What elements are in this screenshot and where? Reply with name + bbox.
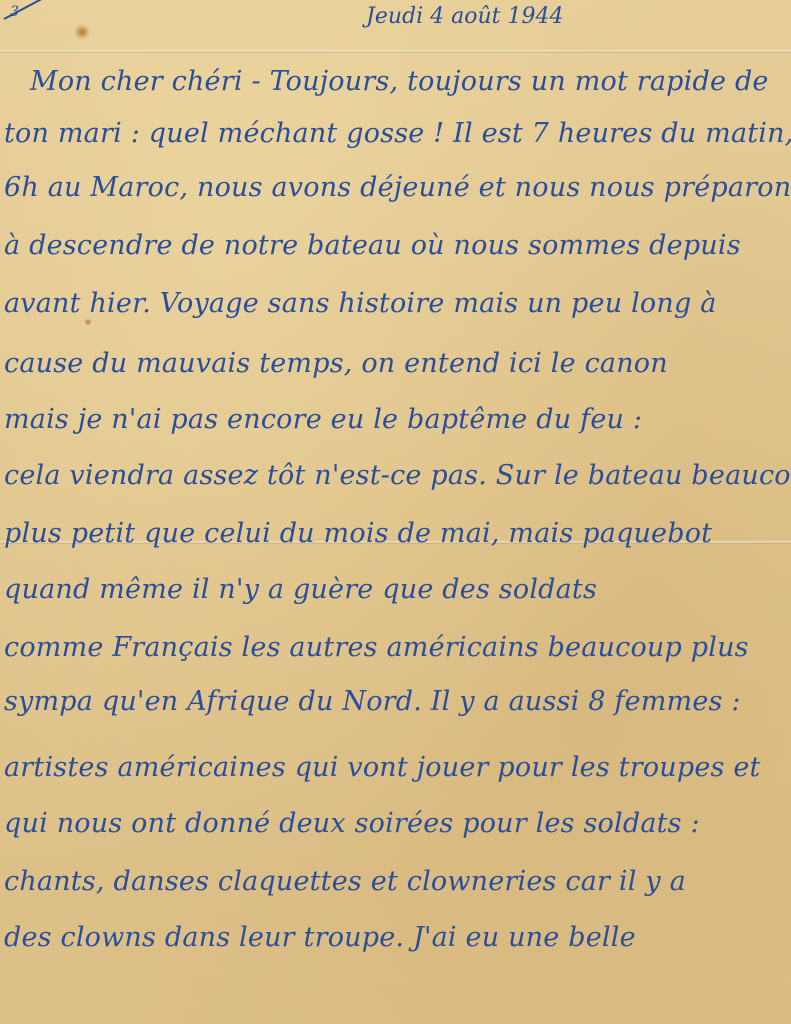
letter-line-6: cause du mauvais temps, on entend ici le…: [4, 348, 668, 379]
letter-line-14: qui nous ont donné deux soirées pour les…: [4, 808, 700, 839]
letter-line-3: 6h au Maroc, nous avons déjeuné et nous …: [4, 172, 791, 203]
letter-line-9: plus petit que celui du mois de mai, mai…: [4, 518, 712, 549]
paper-fold-top: [0, 50, 791, 53]
letter-line-11: comme Français les autres américains bea…: [4, 632, 749, 663]
letter-line-15: chants, danses claquettes et clowneries …: [4, 866, 686, 897]
letter-line-12: sympa qu'en Afrique du Nord. Il y a auss…: [4, 686, 741, 717]
letter-line-8: cela viendra assez tôt n'est-ce pas. Sur…: [4, 460, 791, 491]
letter-line-7: mais je n'ai pas encore eu le baptême du…: [4, 404, 642, 435]
letter-line-10: quand même il n'y a guère que des soldat…: [4, 574, 597, 605]
letter-line-2: ton mari : quel méchant gosse ! Il est 7…: [4, 118, 791, 149]
stain-spot: [74, 24, 90, 40]
letter-page: 3 Jeudi 4 août 1944 Mon cher chéri - Tou…: [0, 0, 791, 1024]
stain-spot: [84, 318, 92, 326]
letter-date: Jeudi 4 août 1944: [366, 4, 563, 29]
letter-line-16: des clowns dans leur troupe. J'ai eu une…: [4, 922, 636, 953]
letter-line-1: Mon cher chéri - Toujours, toujours un m…: [30, 66, 769, 97]
letter-line-4: à descendre de notre bateau où nous somm…: [4, 230, 741, 261]
letter-line-5: avant hier. Voyage sans histoire mais un…: [4, 288, 717, 319]
letter-line-13: artistes américaines qui vont jouer pour…: [4, 752, 761, 783]
